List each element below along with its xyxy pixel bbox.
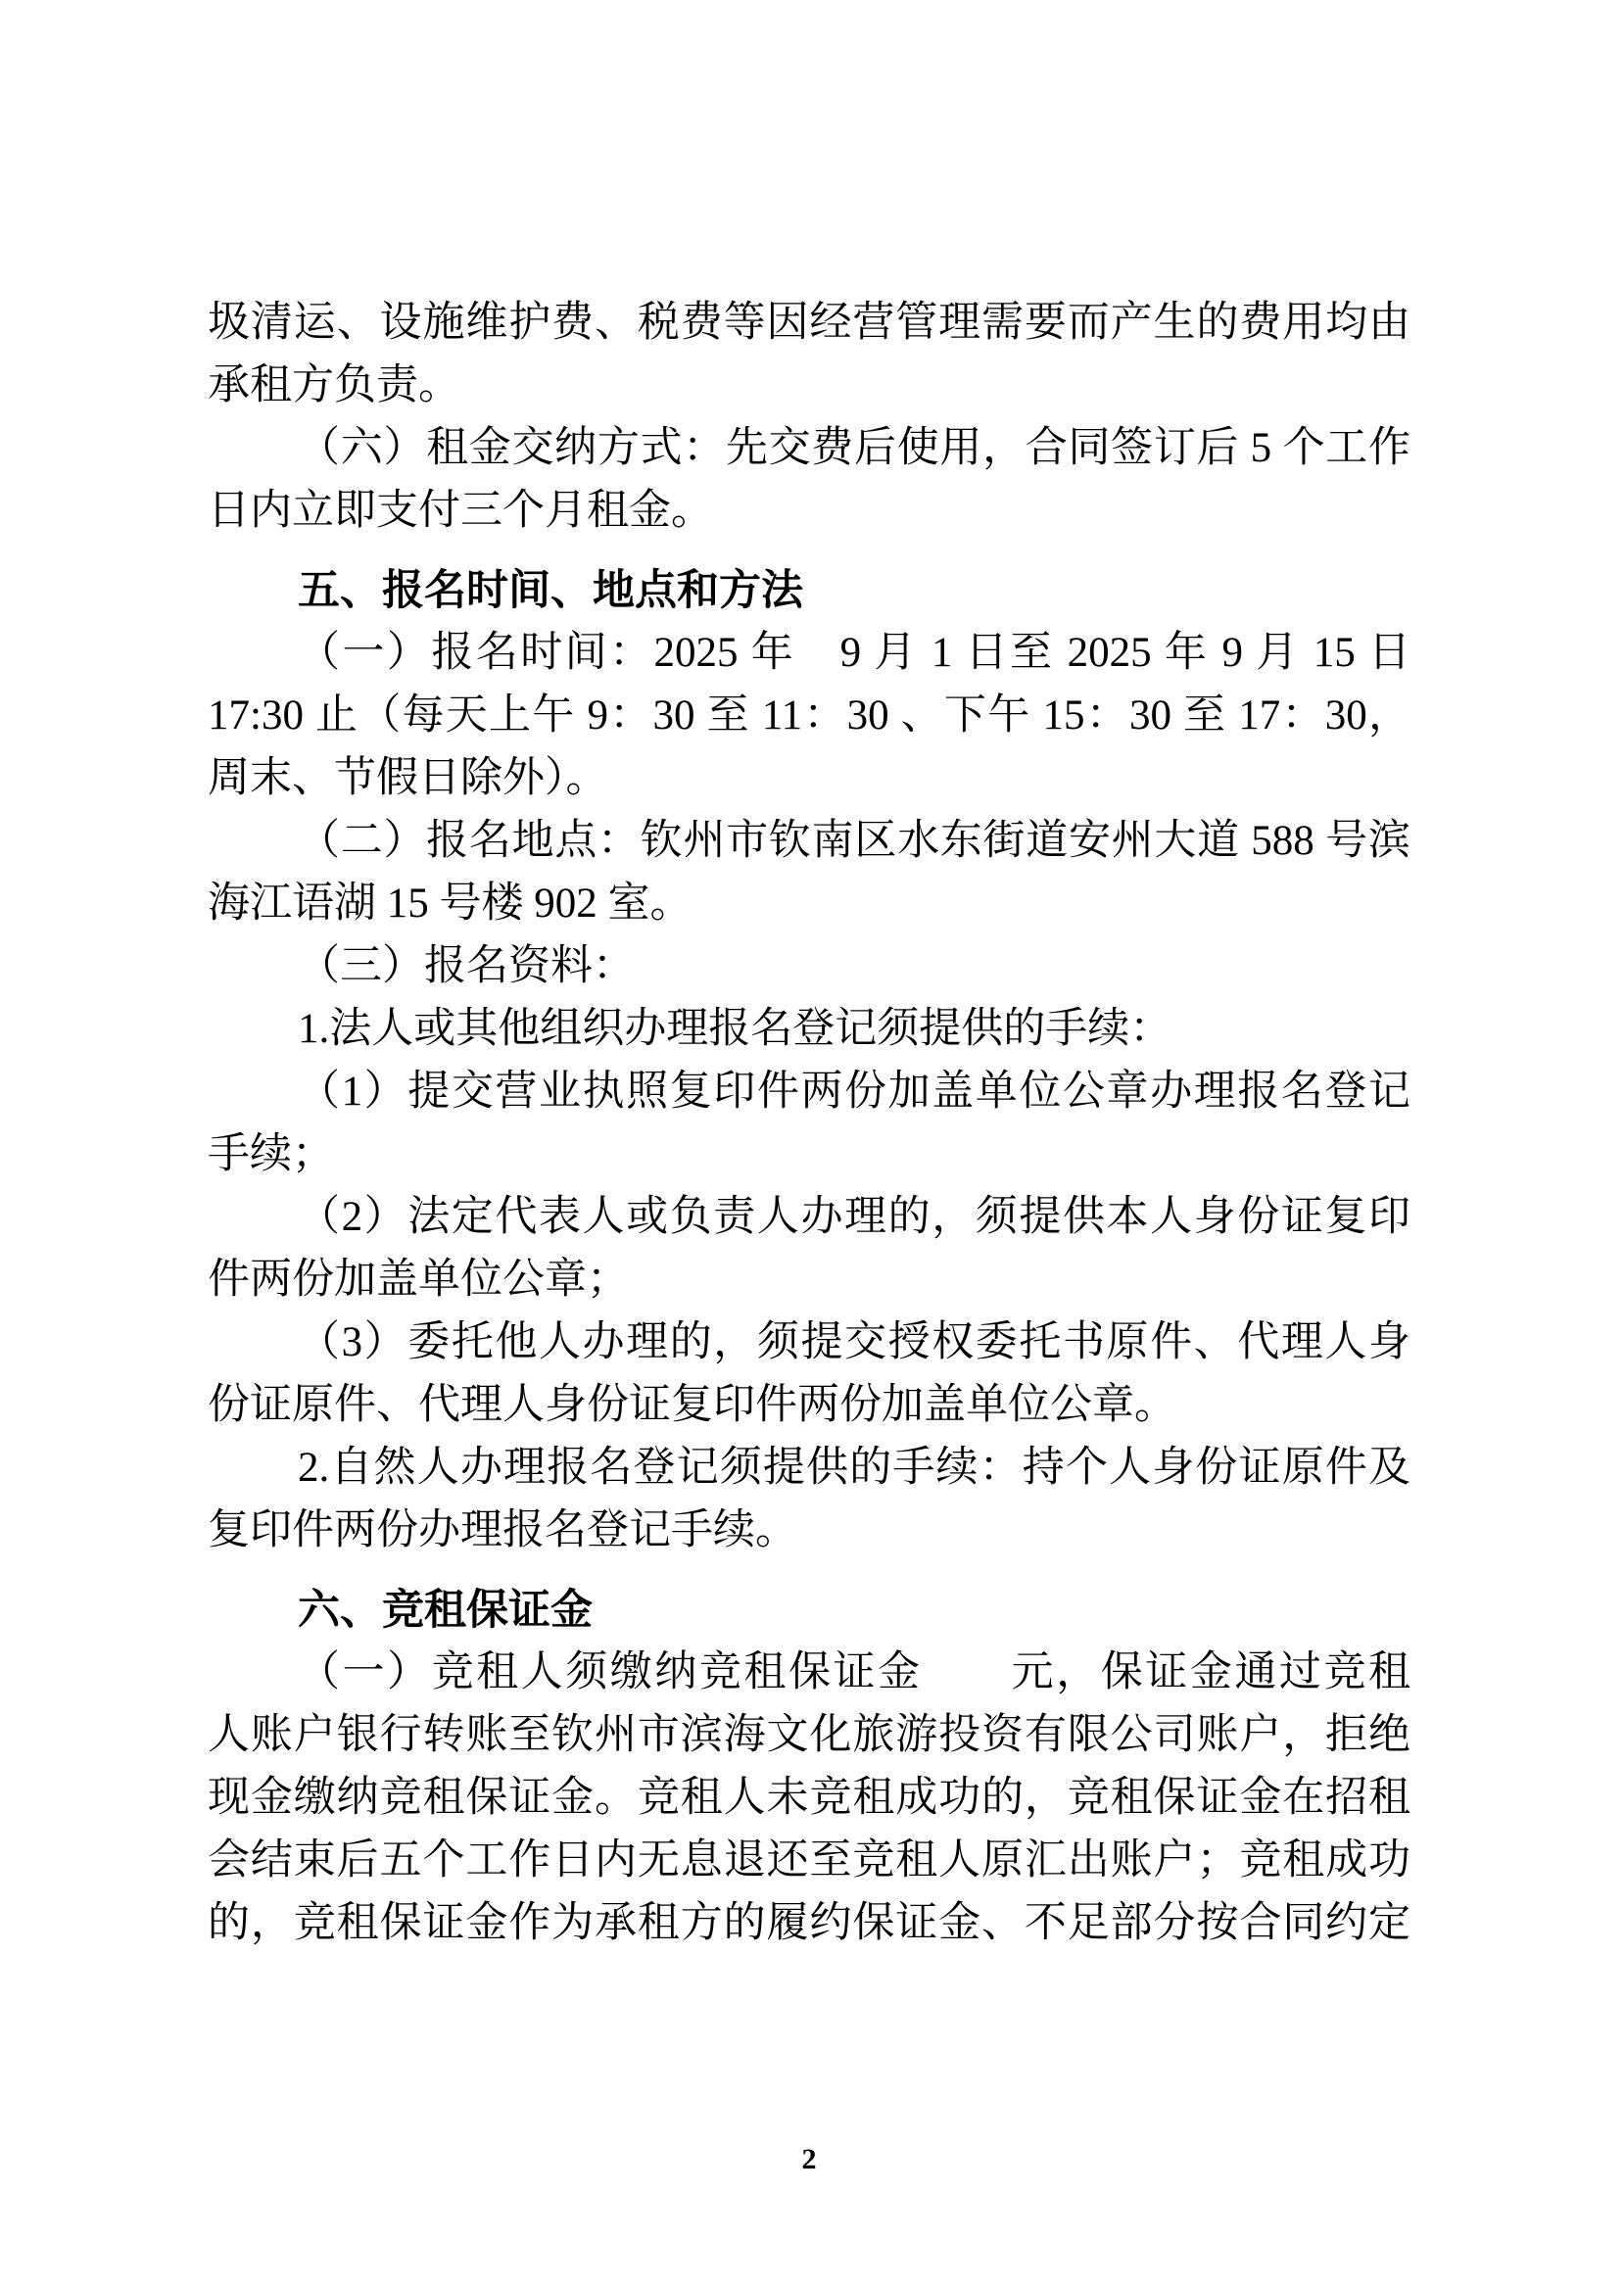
text-line: （3）委托他人办理的，须提交授权委托书原件、代理人身 <box>208 1311 1410 1374</box>
text-line: 人账户银行转账至钦州市滨海文化旅游投资有限公司账户，拒绝 <box>208 1704 1410 1767</box>
text-line: （六）租金交纳方式：先交费后使用，合同签订后 5 个工作 <box>208 417 1410 480</box>
document-body: 圾清运、设施维护费、税费等因经营管理需要而产生的费用均由 承租方负责。 （六）租… <box>208 292 1410 1955</box>
text-line: （一）报名时间：2025 年 9 月 1 日至 2025 年 9 月 15 日 <box>208 622 1410 685</box>
text-line: 件两份加盖单位公章； <box>208 1249 1410 1311</box>
section-heading: 六、竞租保证金 <box>208 1579 1410 1642</box>
text-line: （二）报名地点：钦州市钦南区水东街道安州大道 588 号滨 <box>208 810 1410 873</box>
text-line: （一）竞租人须缴纳竞租保证金 元，保证金通过竞租 <box>208 1642 1410 1704</box>
text-line: 承租方负责。 <box>208 355 1410 417</box>
text-line: 手续； <box>208 1123 1410 1186</box>
text-line: 海江语湖 15 号楼 902 室。 <box>208 873 1410 935</box>
text-line: （三）报名资料： <box>208 935 1410 998</box>
text-line: 1.法人或其他组织办理报名登记须提供的手续： <box>208 998 1410 1061</box>
text-line: 2.自然人办理报名登记须提供的手续：持个人身份证原件及 <box>208 1437 1410 1500</box>
text-line: （1）提交营业执照复印件两份加盖单位公章办理报名登记 <box>208 1061 1410 1123</box>
text-line: （2）法定代表人或负责人办理的，须提供本人身份证复印 <box>208 1186 1410 1249</box>
text-line: 的，竞租保证金作为承租方的履约保证金、不足部分按合同约定 <box>208 1892 1410 1955</box>
text-line: 份证原件、代理人身份证复印件两份加盖单位公章。 <box>208 1374 1410 1437</box>
text-line: 会结束后五个工作日内无息退还至竞租人原汇出账户；竞租成功 <box>208 1830 1410 1892</box>
text-line: 日内立即支付三个月租金。 <box>208 480 1410 543</box>
text-line: 复印件两份办理报名登记手续。 <box>208 1500 1410 1562</box>
text-line: 17:30 止（每天上午 9：30 至 11：30 、下午 15：30 至 17… <box>208 685 1410 747</box>
text-line: 圾清运、设施维护费、税费等因经营管理需要而产生的费用均由 <box>208 292 1410 355</box>
page-number: 2 <box>208 2143 1410 2176</box>
text-line: 现金缴纳竞租保证金。竞租人未竞租成功的，竞租保证金在招租 <box>208 1767 1410 1830</box>
document-page: 圾清运、设施维护费、税费等因经营管理需要而产生的费用均由 承租方负责。 （六）租… <box>0 0 1624 2288</box>
section-heading: 五、报名时间、地点和方法 <box>208 559 1410 622</box>
text-line: 周末、节假日除外）。 <box>208 747 1410 810</box>
